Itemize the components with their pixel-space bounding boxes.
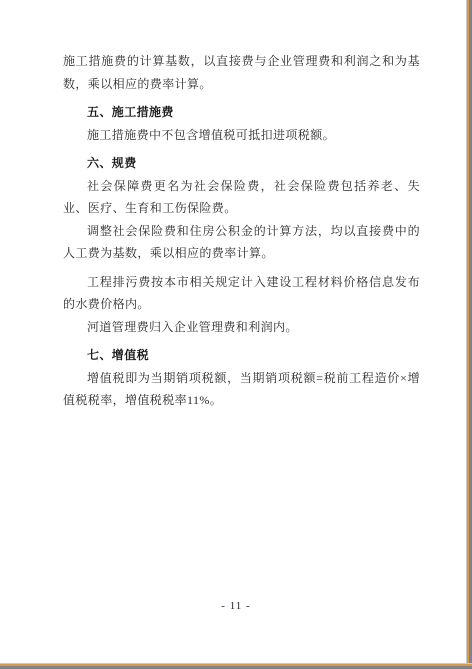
document-page: 施工措施费的计算基数，以直接费与企业管理费和利润之和为基数，乘以相应的费率计算。…: [0, 0, 472, 669]
body-paragraph: 社会保障费更名为社会保险费，社会保险费包括养老、失业、医疗、生育和工伤保险费。: [63, 175, 420, 220]
page-edge-bottom: [0, 663, 472, 669]
section-heading-7: 七、增值税: [63, 344, 420, 367]
body-paragraph: 调整社会保险费和住房公积金的计算方法，均以直接费中的人工费为基数，乘以相应的费率…: [63, 220, 420, 265]
body-paragraph: 工程排污费按本市相关规定计入建设工程材料价格信息发布的水费价格内。: [63, 271, 420, 316]
page-edge-right: [466, 0, 472, 669]
document-body: 施工措施费的计算基数，以直接费与企业管理费和利润之和为基数，乘以相应的费率计算。…: [63, 50, 420, 412]
body-paragraph: 施工措施费的计算基数，以直接费与企业管理费和利润之和为基数，乘以相应的费率计算。: [63, 50, 420, 95]
body-paragraph: 河道管理费归入企业管理费和利润内。: [63, 316, 420, 339]
section-heading-6: 六、规费: [63, 152, 420, 175]
page-number: - 11 -: [0, 598, 472, 614]
section-heading-5: 五、施工措施费: [63, 101, 420, 124]
body-paragraph: 施工措施费中不包含增值税可抵扣进项税额。: [63, 124, 420, 147]
body-paragraph: 增值税即为当期销项税额，当期销项税额=税前工程造价×增值税税率，增值税税率11%…: [63, 367, 420, 412]
